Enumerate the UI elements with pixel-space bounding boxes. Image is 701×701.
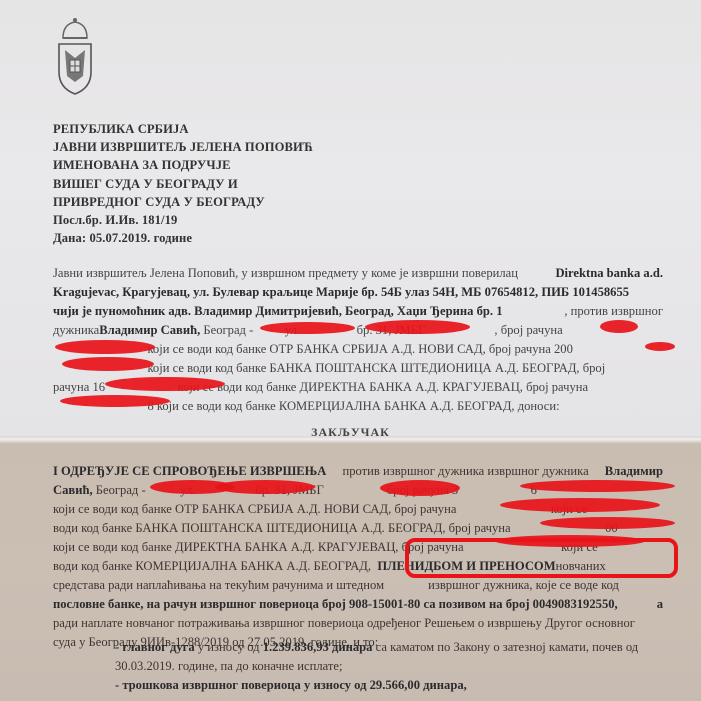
- redaction-mark: [520, 480, 675, 492]
- header-line: РЕПУБЛИКА СРБИЈА: [53, 120, 313, 138]
- intro-paragraph: Јавни извршитељ Јелена Поповић, у извршн…: [53, 264, 663, 416]
- redaction-mark: [105, 377, 225, 391]
- redaction-mark: [215, 480, 315, 494]
- redaction-mark: [60, 395, 170, 407]
- redaction-mark: [260, 322, 355, 334]
- header-line: ВИШЕГ СУДА У БЕОГРАДУ И: [53, 175, 313, 193]
- header-line: ПРИВРЕДНОГ СУДА У БЕОГРАДУ: [53, 193, 313, 211]
- case-number: Посл.бр. И.Ив. 181/19: [53, 211, 313, 229]
- document-title: ЗАКЉУЧАК: [0, 425, 701, 440]
- list-item: 30.03.2019. године, па до коначне исплат…: [115, 657, 638, 676]
- serbian-coat-of-arms-icon: [55, 16, 95, 96]
- redaction-mark: [645, 342, 675, 351]
- document-date: Дана: 05.07.2019. године: [53, 229, 313, 247]
- redaction-mark: [540, 517, 675, 529]
- claims-list: - главног дуга у износу од 1.239.836,93 …: [115, 638, 638, 695]
- document-header: РЕПУБЛИКА СРБИЈА ЈАВНИ ИЗВРШИТЕЉ ЈЕЛЕНА …: [53, 120, 313, 247]
- redaction-mark: [365, 320, 470, 334]
- header-line: ИМЕНОВАНА ЗА ПОДРУЧЈЕ: [53, 156, 313, 174]
- redaction-mark: [600, 320, 638, 333]
- redaction-mark: [62, 357, 154, 371]
- seizure-highlight-circle: [405, 538, 678, 578]
- redaction-mark: [55, 340, 155, 354]
- list-item: - главног дуга у износу од 1.239.836,93 …: [115, 638, 638, 657]
- redaction-mark: [380, 480, 460, 496]
- redaction-mark: [500, 498, 660, 512]
- list-item: - трошкова извршног повериоца у износу о…: [115, 676, 638, 695]
- header-line: ЈАВНИ ИЗВРШИТЕЉ ЈЕЛЕНА ПОПОВИЋ: [53, 138, 313, 156]
